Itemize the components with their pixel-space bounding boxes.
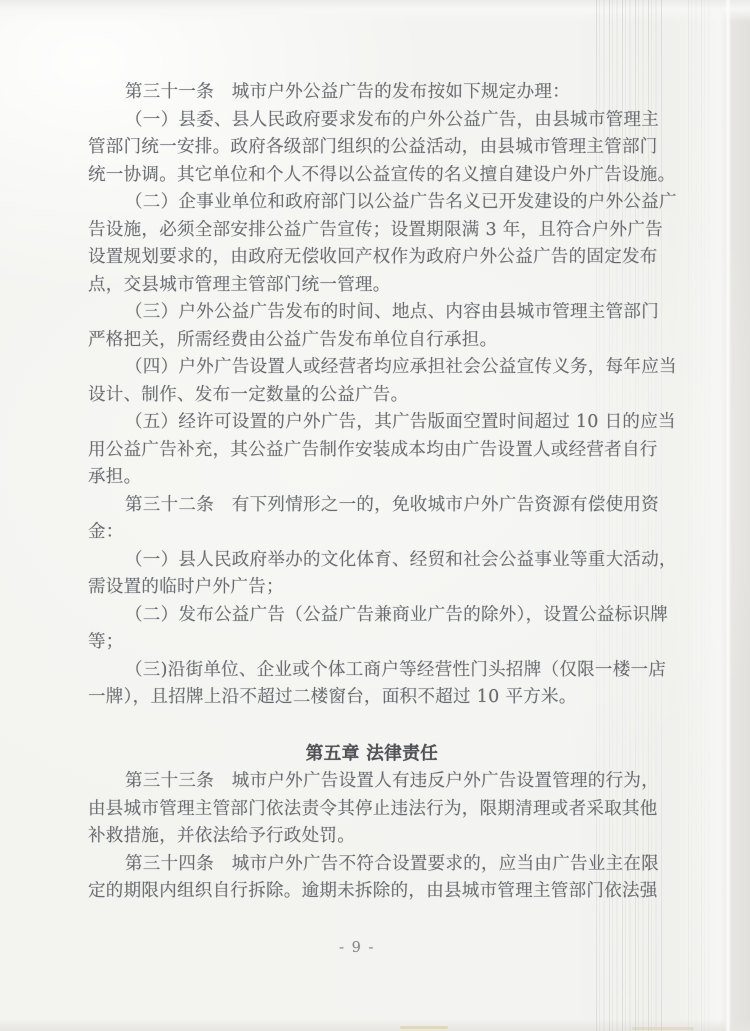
page-number: - 9 - [0,940,714,956]
text-line: 严格把关，所需经费由公益广告发布单位自行承担。 [88,327,656,355]
text-line: 需设置的临时户外广告； [88,574,656,602]
text-line: 统一协调。其它单位和个人不得以公益宣传的名义擅自建设户外广告设施。 [88,162,656,190]
text-line: 管部门统一安排。政府各级部门组织的公益活动，由县城市管理主管部门 [88,134,656,162]
text-line: 点，交县城市管理主管部门统一管理。 [88,272,656,300]
text-line: 等； [88,629,656,657]
text-line: （一）县委、县人民政府要求发布的户外公益广告，由县城市管理主 [88,107,656,135]
text-line: （二）发布公益广告（公益广告兼商业广告的除外），设置公益标识牌 [88,602,656,630]
scan-edge-mark [400,1026,448,1029]
scan-streak-artifact [688,0,712,1031]
text-line: （四）户外广告设置人或经营者均应承担社会公益宣传义务，每年应当 [88,354,656,382]
text-line: 第三十二条 有下列情形之一的，免收城市户外广告资源有偿使用资 [88,492,656,520]
text-line: （三）户外公益广告发布的时间、地点、内容由县城市管理主管部门 [88,299,656,327]
text-line: 用公益广告补充，其公益广告制作安装成本均由广告设置人或经营者自行 [88,437,656,465]
text-line: （一）县人民政府举办的文化体育、经贸和社会公益事业等重大活动， [88,547,656,575]
text-line: 承担。 [88,464,656,492]
text-line: （三)沿街单位、企业或个体工商户等经营性门头招牌（仅限一楼一店 [88,657,656,685]
text-line: （二）企事业单位和政府部门以公益广告名义已开发建设的户外公益广 [88,189,656,217]
scanned-document-page: 第三十一条 城市户外公益广告的发布按如下规定办理：（一）县委、县人民政府要求发布… [0,0,750,1031]
page-edge-shadow [725,0,731,1031]
text-line: 第三十三条 城市户外广告设置人有违反户外广告设置管理的行为， [88,768,656,796]
text-line: 第三十四条 城市户外广告不符合设置要求的，应当由广告业主在限 [88,851,656,879]
text-line: 设置规划要求的，由政府无偿收回产权作为政府户外公益广告的固定发布 [88,244,656,272]
text-line: 由县城市管理主管部门依法责令其停止违法行为，限期清理或者采取其他 [88,796,656,824]
text-line: 第三十一条 城市户外公益广告的发布按如下规定办理： [88,79,656,107]
chapter-heading: 第五章 法律责任 [88,741,656,769]
text-line: 金： [88,519,656,547]
text-line: 告设施，必须全部安排公益广告宣传；设置期限满 3 年，且符合户外广告 [88,217,656,245]
text-line: 补救措施，并依法给予行政处罚。 [88,823,656,851]
text-line: 一牌），且招牌上沿不超过二楼窗台，面积不超过 10 平方米。 [88,684,656,712]
text-line: （五）经许可设置的户外广告，其广告版面空置时间超过 10 日的应当 [88,409,656,437]
scan-edge-mark [632,1027,694,1030]
text-line: 设计、制作、发布一定数量的公益广告。 [88,382,656,410]
document-body: 第三十一条 城市户外公益广告的发布按如下规定办理：（一）县委、县人民政府要求发布… [88,79,656,906]
text-line: 定的期限内组织自行拆除。逾期未拆除的，由县城市管理主管部门依法强 [88,878,656,906]
